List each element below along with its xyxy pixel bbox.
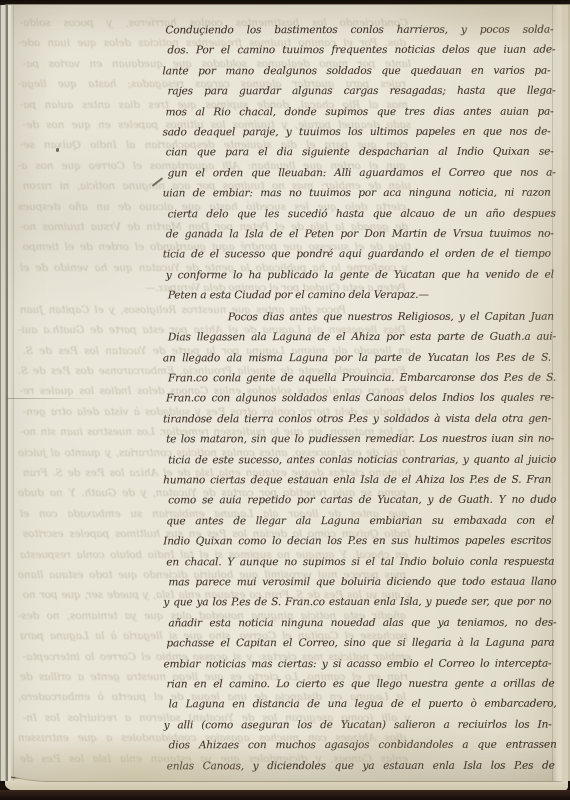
manuscript-photo: Conduçiendo los bastimentos conlos harri… — [0, 0, 570, 800]
manuscript-line: añadir esta noticia ninguna nouedad alas… — [168, 612, 556, 633]
manuscript-line: Pocos dias antes que nuestros Religiosos… — [166, 306, 554, 327]
page-gutter-edge — [0, 5, 14, 781]
manuscript-line: Fran.co conla gente de aquella Prouincia… — [168, 368, 556, 389]
manuscript-line: sado deaquel paraje, y tuuimos los ultim… — [163, 122, 551, 143]
manuscript-line: de ganada la Isla de el Peten por Don Ma… — [166, 224, 554, 245]
manuscript-line: lante por mano dealgunos soldados que qu… — [162, 60, 550, 81]
manuscript-line: Peten a esta Ciudad por el camino dela V… — [168, 285, 556, 306]
manuscript-line: rian en el camino. Lo cierto es que lleg… — [166, 674, 554, 695]
manuscript-line: rajes para guardar algunas cargas resaga… — [167, 81, 555, 102]
manuscript-line: humano ciertas deque estauan enla Isla d… — [163, 470, 551, 491]
page-fore-edge — [553, 5, 570, 781]
manuscript-line: cierta delo que les sucedió hasta que al… — [168, 203, 556, 224]
manuscript-text: Conduçiendo los bastimentos conlos harri… — [165, 20, 554, 778]
manuscript-line: y alli (como aseguran los de Yucatan) sa… — [164, 714, 552, 735]
manuscript-line: como se auia repetido por cartas de Yuca… — [168, 490, 556, 511]
manuscript-line: embiar noticias mas ciertas: y si acasso… — [163, 653, 551, 674]
manuscript-line: y conforme lo ha publicado la gente de Y… — [166, 265, 554, 286]
backing-bottom-edge — [0, 790, 570, 800]
manuscript-line: que antes de llegar ala Laguna embiarian… — [166, 510, 554, 531]
manuscript-line: ticia de este sucesso, antes conlas noti… — [168, 449, 556, 470]
manuscript-line: an llegado ala misma Laguna por la parte… — [163, 347, 551, 368]
manuscript-paragraph: Conduçiendo los bastimentos conlos harri… — [165, 20, 553, 306]
manuscript-line: pachasse el Capitan el Correo, sino que … — [166, 633, 554, 654]
manuscript-line: ticia de el sucesso que pondré aqui guar… — [163, 244, 551, 265]
manuscript-line: dios Ahizaes con muchos agasajos conbida… — [169, 735, 557, 756]
manuscript-line: mas parece mui verosimil que boluiria di… — [168, 572, 556, 593]
manuscript-paragraph: Pocos dias antes que nuestros Religiosos… — [166, 306, 555, 776]
manuscript-page: Conduçiendo los bastimentos conlos harri… — [0, 4, 570, 782]
manuscript-line: te los mataron, sin que lo pudiessen rem… — [166, 429, 554, 450]
manuscript-line: Indio Quixan como lo decian los P.es en … — [163, 531, 551, 552]
manuscript-line: Fran.co con algunos soldados enlas Canoa… — [166, 388, 554, 409]
manuscript-line: tirandose dela tierra conlos otros P.es … — [163, 408, 551, 429]
manuscript-line: gun el orden que lleuaban: Alli aguardam… — [168, 163, 556, 184]
gutter-crease-line — [13, 5, 14, 781]
manuscript-line: Dias llegassen ala Laguna de el Ahiza po… — [168, 327, 556, 348]
manuscript-line: uian de embiar: mas no tuuimos por aca n… — [163, 183, 551, 204]
manuscript-line: en chacal. Y aunque no supimos si el tal… — [166, 551, 554, 572]
manuscript-line: cian que para el dia siguiente despachar… — [166, 142, 554, 163]
manuscript-line: Conduçiendo los bastimentos conlos harri… — [165, 20, 553, 41]
manuscript-line: y que ya los P.es de S. Fran.co estauan … — [163, 592, 551, 613]
manuscript-line: mos al Rio chacal, donde supimos que tre… — [165, 101, 553, 122]
manuscript-line: la Laguna en distancia de una legua de e… — [169, 694, 557, 715]
manuscript-line: enlas Canoas, y diciendoles que ya estau… — [167, 755, 555, 776]
manuscript-line: dos. Por el camino tuuimos frequentes no… — [167, 40, 555, 61]
